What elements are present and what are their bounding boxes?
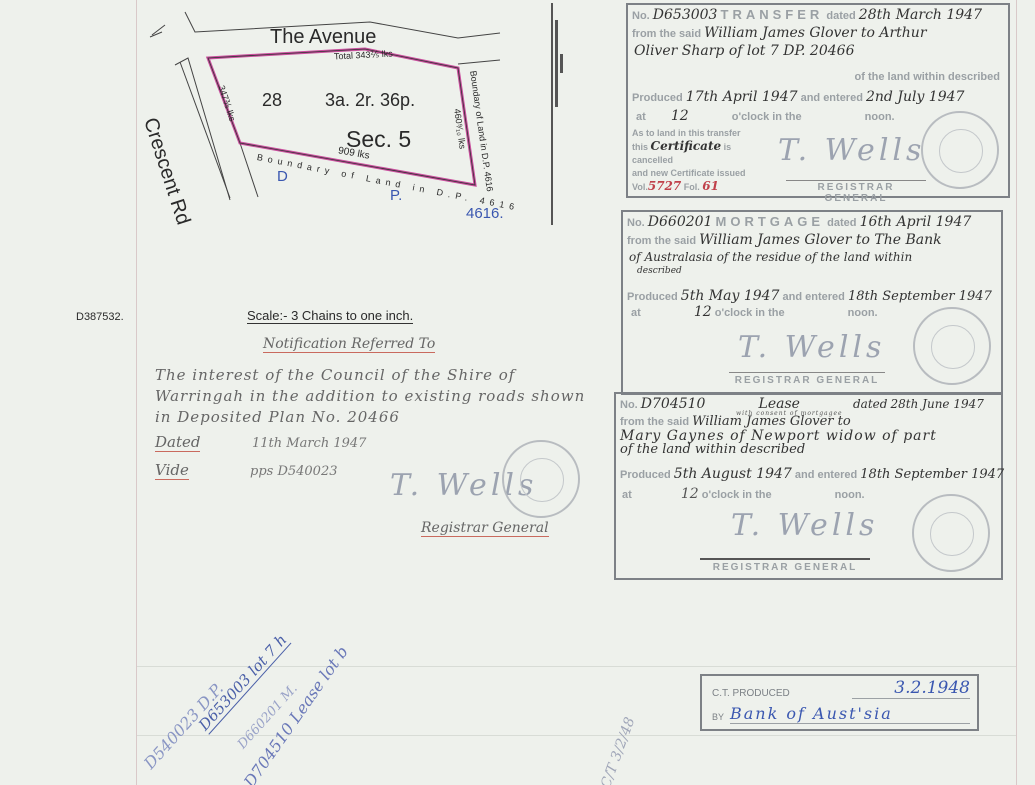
signatory-title: REGISTRAR GENERAL	[786, 180, 926, 204]
at-label: at	[622, 489, 632, 501]
lease-number: D704510	[641, 396, 706, 412]
lease-time: at 12 o'clock in the noon.	[622, 486, 865, 502]
ct-produced-date: 3.2.1948	[852, 678, 970, 699]
at-value: 12	[681, 486, 699, 502]
signature: T. Wells	[738, 330, 885, 365]
parties-line: William James Glover to The Bank	[699, 232, 941, 248]
vol-value: 5727	[648, 179, 681, 193]
from-label: from the said	[627, 235, 696, 247]
dated-label: dated	[853, 397, 887, 411]
fol-label: Fol.	[684, 182, 700, 192]
registrar-seal	[921, 111, 999, 189]
dated-label: dated	[826, 10, 855, 22]
parties-line: of the land within described	[620, 442, 805, 457]
at-value: 12	[694, 304, 712, 320]
transfer-header: No. D653003 TRANSFER dated 28th March 19…	[632, 7, 982, 23]
transfer-produced: Produced 17th April 1947 and entered 2nd…	[632, 89, 964, 105]
dated-value: 28th June 1947	[891, 397, 984, 411]
dp-number: 4616.	[466, 205, 504, 222]
dated-label: dated	[827, 217, 856, 229]
mortgage-number: D660201	[648, 214, 713, 230]
parties-line: of Australasia of the residue of the lan…	[629, 250, 912, 264]
ct-by-label: BY	[712, 712, 724, 722]
entered-value: 18th September 1947	[860, 467, 1004, 482]
no-label: No.	[620, 399, 638, 411]
at-label: at	[631, 307, 641, 319]
produced-value: 17th April 1947	[686, 89, 798, 105]
dated-value: 28th March 1947	[859, 7, 982, 23]
noon-label: noon.	[835, 489, 865, 501]
plan-divider-mark	[560, 54, 563, 73]
ct-produced-stamp: C.T. PRODUCED 3.2.1948 BY Bank of Aust's…	[700, 674, 979, 731]
parties-line: Oliver Sharp of lot 7 DP. 20466	[634, 43, 854, 59]
fol-value: 61	[702, 179, 719, 193]
lot-number: 28	[262, 90, 282, 111]
transfer-time: at 12 o'clock in the noon.	[636, 108, 895, 124]
registrar-seal	[912, 494, 990, 572]
dated-label: Dated	[155, 433, 200, 452]
vide-value: pps D540023	[250, 464, 338, 479]
vol-label: Vol.	[632, 182, 648, 192]
produced-label: Produced	[627, 291, 678, 303]
oclock-label: o'clock in the	[715, 307, 785, 319]
left-margin-line	[136, 0, 137, 785]
road-name-text: The Avenue	[270, 26, 376, 48]
no-label: No.	[632, 10, 650, 22]
parties-line: William James Glover to	[692, 414, 851, 429]
vol-fol: Vol.5727 Fol. 61	[632, 180, 762, 194]
transfer-number: D653003	[653, 7, 718, 23]
noon-label: noon.	[865, 111, 895, 123]
dp-letter-d: D	[277, 168, 288, 185]
entered-value: 18th September 1947	[848, 289, 992, 304]
ruled-line	[137, 735, 1016, 736]
parties-line: described	[637, 266, 682, 276]
produced-value: 5th August 1947	[674, 466, 792, 482]
road-name-the-avenue: The Avenue	[270, 26, 376, 49]
scale-label: Scale:- 3 Chains to one inch.	[247, 308, 413, 324]
ct-by-value: Bank of Aust'sia	[730, 704, 970, 724]
oclock-label: o'clock in the	[702, 489, 772, 501]
mortgage-produced: Produced 5th May 1947 and entered 18th S…	[627, 288, 992, 304]
cert-prefix: this	[632, 142, 648, 152]
registrar-seal	[913, 307, 991, 385]
signatory-title: REGISTRAR GENERAL	[700, 558, 870, 573]
transfer-parties: from the said William James Glover to Ar…	[632, 25, 927, 41]
parties-line: William James Glover to Arthur	[704, 25, 926, 41]
lease-memorial: No. D704510 Lease dated 28th June 1947 w…	[614, 392, 1003, 580]
entered-label: and entered	[783, 291, 845, 303]
dated-value: 11th March 1947	[252, 436, 366, 451]
from-label: from the said	[620, 416, 689, 428]
signatory-title: REGISTRAR GENERAL	[729, 372, 885, 386]
mortgage-header: No. D660201 MORTGAGE dated 16th April 19…	[627, 214, 971, 230]
mortgage-memorial: No. D660201 MORTGAGE dated 16th April 19…	[621, 210, 1003, 395]
signatory-title-left: Registrar General	[421, 520, 549, 537]
registrar-seal	[502, 440, 580, 518]
entered-value: 2nd July 1947	[866, 89, 964, 105]
land-label: of the land within described	[855, 71, 1000, 83]
mortgage-time: at 12 o'clock in the noon.	[631, 304, 878, 320]
transfer-memorial: No. D653003 TRANSFER dated 28th March 19…	[626, 3, 1010, 198]
notification-heading: Notification Referred To	[263, 336, 435, 353]
lease-parties: from the said William James Glover to	[620, 414, 851, 429]
instrument-type: MORTGAGE	[716, 214, 825, 229]
signature: T. Wells	[778, 133, 925, 168]
right-margin-line	[1016, 0, 1017, 785]
instrument-type: TRANSFER	[721, 7, 824, 22]
produced-label: Produced	[632, 92, 683, 104]
cert-line: this Certificate is cancelled	[632, 140, 762, 167]
lease-produced: Produced 5th August 1947 and entered 18t…	[620, 466, 1004, 482]
lot-area: 3a. 2r. 36p.	[325, 90, 415, 111]
entered-label: and entered	[801, 92, 863, 104]
certificate-note: As to land in this transfer this Certifi…	[632, 127, 762, 194]
produced-label: Produced	[620, 469, 671, 481]
pencil-note: C/T 3/2/48	[598, 715, 638, 785]
reference-number: D387532.	[76, 311, 124, 323]
signature: T. Wells	[731, 508, 878, 543]
ct-produced-label: C.T. PRODUCED	[712, 688, 790, 699]
no-label: No.	[627, 217, 645, 229]
vide-label: Vide	[155, 461, 189, 480]
from-label: from the said	[632, 28, 701, 40]
produced-value: 5th May 1947	[681, 288, 780, 304]
dp-letter-p: P.	[390, 187, 402, 204]
notification-body: The interest of the Council of the Shire…	[155, 365, 595, 428]
noon-label: noon.	[848, 307, 878, 319]
oclock-label: o'clock in the	[732, 111, 802, 123]
mortgage-parties: from the said William James Glover to Th…	[627, 232, 942, 248]
entered-label: and entered	[795, 469, 857, 481]
at-label: at	[636, 111, 646, 123]
dated-value: 16th April 1947	[860, 214, 972, 230]
cert-value: Certificate	[651, 139, 722, 153]
at-value: 12	[671, 108, 689, 124]
